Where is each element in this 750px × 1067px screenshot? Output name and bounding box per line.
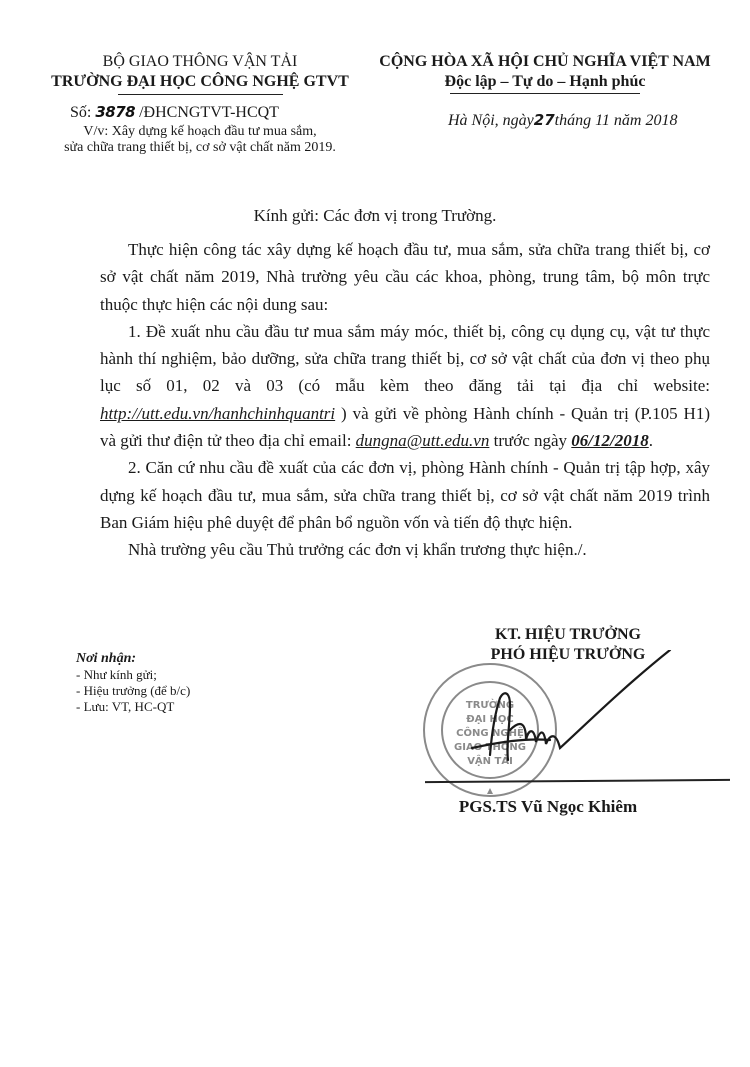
intro-paragraph: Thực hiện công tác xây dựng kế hoạch đầu… (100, 236, 710, 318)
place-prefix: Hà Nội, ngày (448, 112, 534, 129)
item-1-paragraph: 1. Đề xuất nhu cầu đầu tư mua sắm máy mó… (100, 318, 710, 454)
signer-name: PGS.TS Vũ Ngọc Khiêm (418, 797, 678, 817)
closing-paragraph: Nhà trường yêu cầu Thủ trưởng các đơn vị… (100, 536, 710, 563)
recipient-item: - Lưu: VT, HC-QT (76, 699, 190, 715)
motto-underline (450, 93, 640, 94)
place-date: Hà Nội, ngày27tháng 11 năm 2018 (448, 111, 677, 130)
national-motto: Độc lập – Tự do – Hạnh phúc (360, 72, 730, 92)
doc-number-label: Số: (70, 104, 91, 121)
nation-name: CỘNG HÒA XÃ HỘI CHỦ NGHĨA VIỆT NAM (360, 52, 730, 72)
day-handwritten: 27 (534, 111, 555, 129)
item-2-paragraph: 2. Căn cứ nhu cầu đề xuất của các đơn vị… (100, 454, 710, 536)
letter-body: Thực hiện công tác xây dựng kế hoạch đầu… (100, 236, 710, 564)
item-1-text-3: trước ngày (489, 431, 571, 450)
signature-role-1: KT. HIỆU TRƯỞNG (418, 625, 718, 645)
doc-number-handwritten: 3878 (95, 103, 135, 121)
recipient-item: - Như kính gửi; (76, 667, 190, 683)
handwritten-signature-icon (470, 650, 700, 790)
place-suffix: tháng 11 năm 2018 (555, 112, 678, 129)
recipients-title: Nơi nhận: (76, 651, 190, 667)
issuer-header: BỘ GIAO THÔNG VẬN TẢI TRƯỜNG ĐẠI HỌC CÔN… (40, 52, 360, 95)
subject-line-1: V/v: Xây dựng kế hoạch đầu tư mua sắm, (40, 124, 360, 140)
deadline-date: 06/12/2018 (571, 431, 648, 450)
subject: V/v: Xây dựng kế hoạch đầu tư mua sắm, s… (40, 124, 360, 156)
university-name: TRƯỜNG ĐẠI HỌC CÔNG NGHỆ GTVT (40, 72, 360, 92)
item-1-text: 1. Đề xuất nhu cầu đầu tư mua sắm máy mó… (100, 322, 710, 396)
email-link[interactable]: dungna@utt.edu.vn (356, 431, 490, 450)
doc-number-suffix: /ĐHCNGTVT-HCQT (139, 104, 279, 121)
document-number: Số: 3878 /ĐHCNGTVT-HCQT (70, 103, 279, 122)
recipient-item: - Hiệu trưởng (để b/c) (76, 683, 190, 699)
subject-line-2: sửa chữa trang thiết bị, cơ sở vật chất … (40, 140, 360, 156)
header-underline (118, 94, 283, 95)
national-header: CỘNG HÒA XÃ HỘI CHỦ NGHĨA VIỆT NAM Độc l… (360, 52, 730, 94)
recipients-block: Nơi nhận: - Như kính gửi; - Hiệu trưởng … (76, 651, 190, 715)
ministry-name: BỘ GIAO THÔNG VẬN TẢI (40, 52, 360, 72)
website-link[interactable]: http://utt.edu.vn/hanhchinhquantri (100, 404, 335, 423)
item-1-end: . (649, 431, 653, 450)
salutation: Kính gửi: Các đơn vị trong Trường. (0, 206, 750, 226)
